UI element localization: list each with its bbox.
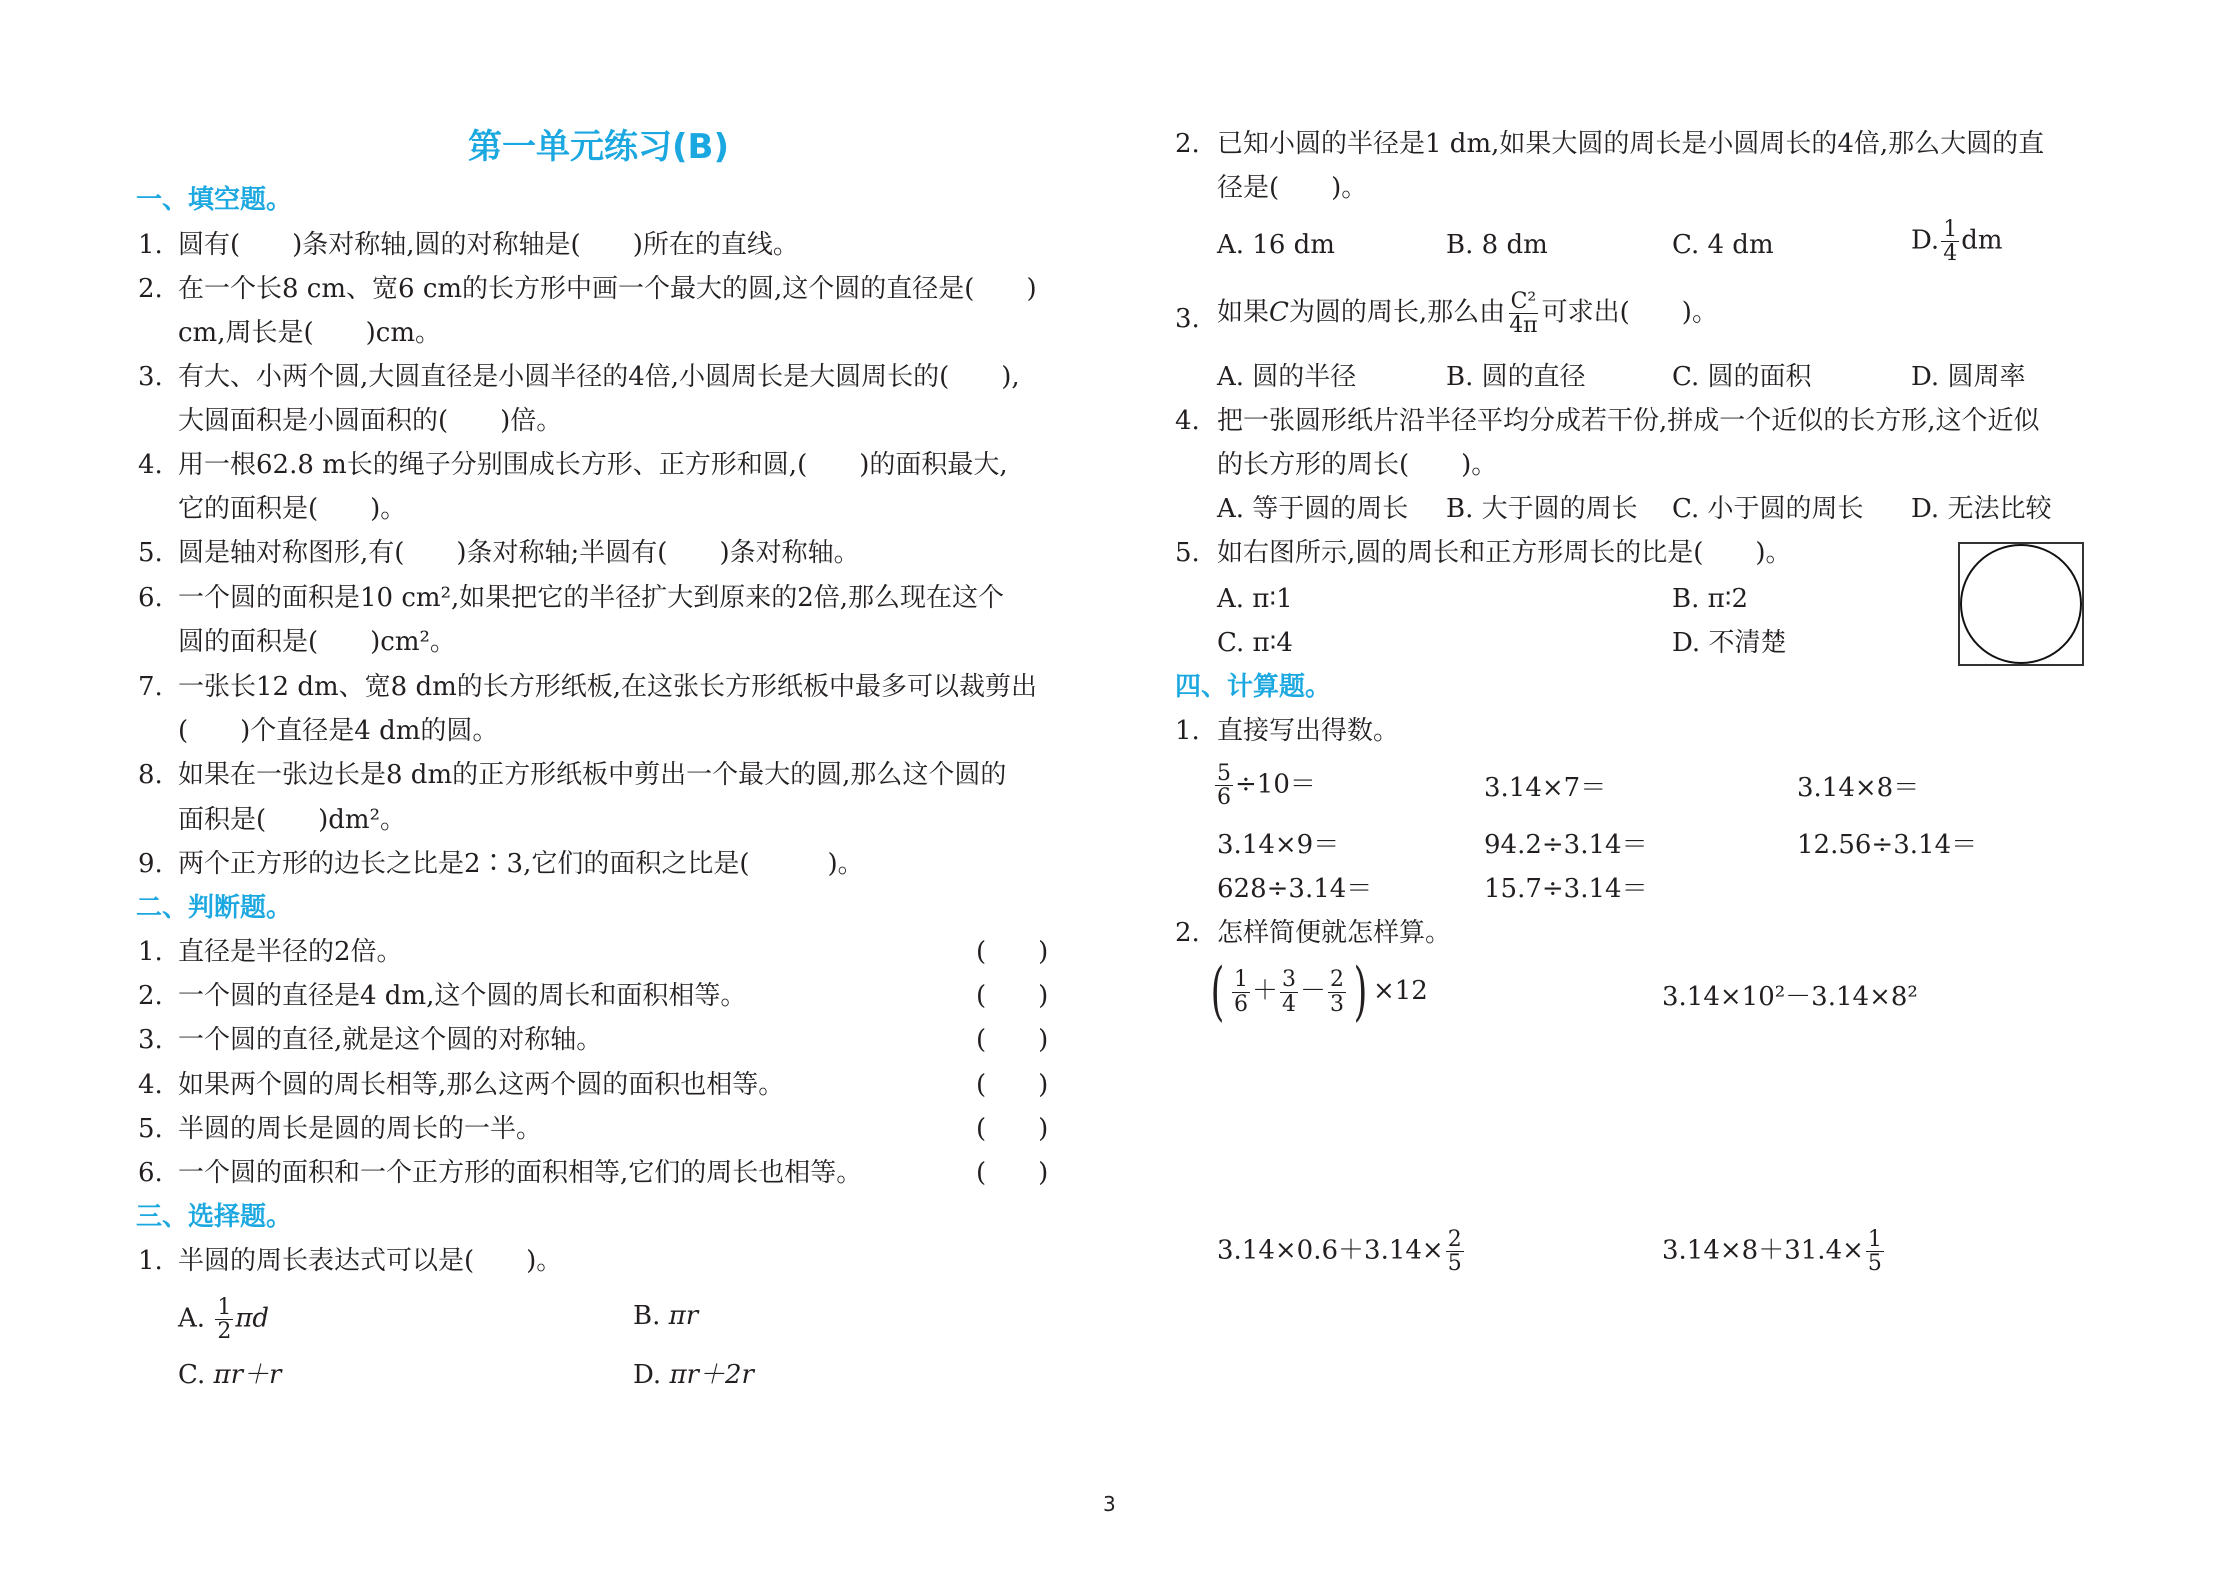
question-text: 一个圆的面积是10 cm²,如果把它的半径扩大到原来的2倍,那么现在这个 (178, 585, 1004, 611)
calc-expression-4: 3.14×8＋31.4×15 (1662, 1228, 1886, 1275)
denominator: 5 (1446, 1252, 1464, 1275)
question-text: 直径是半径的2倍。 (178, 939, 403, 965)
numerator: 2 (1446, 1228, 1464, 1252)
calc-item: 12.56÷3.14＝ (1797, 832, 1977, 858)
denominator: 6 (1215, 786, 1233, 809)
numerator: 3 (1280, 968, 1298, 992)
question-number: 2. (138, 983, 163, 1009)
calc-item: 3.14×7＝ (1484, 775, 1606, 801)
text-segment: 如果 (1217, 298, 1269, 328)
question-number: 9. (138, 851, 163, 877)
answer-blank: ( ) (976, 939, 1048, 965)
question-text: 把一张圆形纸片沿半径平均分成若干份,拼成一个近似的长方形,这个近似 (1217, 408, 2040, 434)
choice-d: D.14dm (1911, 218, 2003, 265)
numerator: 2 (1328, 968, 1346, 992)
calc-item: 628÷3.14＝ (1217, 876, 1372, 902)
answer-blank: ( ) (976, 1072, 1048, 1098)
numerator: 1 (215, 1296, 233, 1320)
question-text: ( )个直径是4 dm的圆。 (178, 718, 498, 744)
fraction: 34 (1280, 968, 1298, 1015)
calc-expression-2: 3.14×10²－3.14×8² (1662, 984, 1918, 1010)
question-number: 4. (138, 452, 163, 478)
question-number: 4. (1175, 408, 1200, 434)
question-number: 5. (138, 1116, 163, 1142)
denominator: 3 (1328, 993, 1346, 1016)
question-number: 1. (138, 1248, 163, 1274)
calc-expression-1: (16＋34－23)×12 (1205, 960, 1428, 1024)
question-number: 5. (1175, 540, 1200, 566)
fraction: 23 (1328, 968, 1346, 1015)
question-text: 它的面积是( )。 (178, 496, 406, 522)
calc-item: 15.7÷3.14＝ (1484, 876, 1648, 902)
calc-text: 3.14×8＋31.4× (1662, 1236, 1864, 1266)
denominator: 6 (1232, 993, 1250, 1016)
choice-a: A. π∶1 (1217, 586, 1293, 612)
choice-b: B. πr (633, 1303, 698, 1329)
denominator: 2 (215, 1320, 233, 1343)
numerator: 1 (1232, 968, 1250, 992)
question-number: 3. (1175, 306, 1200, 332)
question-text: 在一个长8 cm、宽6 cm的长方形中画一个最大的圆,这个圆的直径是( ) (178, 276, 1037, 302)
choice-text: πd (235, 1304, 269, 1334)
answer-blank: ( ) (976, 1116, 1048, 1142)
choice-d: D. πr＋2r (633, 1362, 754, 1388)
numerator: 1 (1941, 218, 1959, 242)
fraction: 16 (1232, 968, 1250, 1015)
question-number: 6. (138, 1160, 163, 1186)
choice-b: B. 大于圆的周长 (1446, 496, 1638, 522)
fraction: 14 (1941, 218, 1959, 265)
question-text: 两个正方形的边长之比是2∶3,它们的面积之比是( )。 (178, 851, 864, 877)
question-text: 半圆的周长是圆的周长的一半。 (178, 1116, 542, 1142)
question-number: 2. (1175, 131, 1200, 157)
variable: C (1269, 298, 1289, 328)
question-text: 如果两个圆的周长相等,那么这两个圆的面积也相等。 (178, 1072, 784, 1098)
choice-c: C. πr＋r (178, 1362, 281, 1388)
choice-d: D. 圆周率 (1911, 364, 2025, 390)
answer-blank: ( ) (976, 983, 1048, 1009)
section-heading-fill-blank: 一、填空题。 (136, 187, 292, 213)
calc-text: 3.14×0.6＋3.14× (1217, 1236, 1444, 1266)
numerator: 1 (1866, 1228, 1884, 1252)
choice-b: B. 8 dm (1446, 232, 1548, 258)
question-text: 一个圆的面积和一个正方形的面积相等,它们的周长也相等。 (178, 1160, 862, 1186)
choice-label: D. (1911, 226, 1939, 256)
operator: ＋ (1252, 976, 1278, 1006)
circle-shape (1960, 544, 2082, 664)
choice-b: B. 圆的直径 (1446, 364, 1586, 390)
question-text: 有大、小两个圆,大圆直径是小圆半径的4倍,小圆周长是大圆周长的( ), (178, 364, 1020, 390)
question-text: 一个圆的直径,就是这个圆的对称轴。 (178, 1027, 602, 1053)
question-text: 的长方形的周长( )。 (1217, 452, 1497, 478)
section-heading-true-false: 二、判断题。 (136, 895, 292, 921)
denominator: 4 (1941, 242, 1959, 265)
question-number: 3. (138, 364, 163, 390)
choice-text: dm (1961, 226, 2002, 256)
operator: － (1300, 976, 1326, 1006)
answer-blank: ( ) (976, 1027, 1048, 1053)
question-text: 面积是( )dm²。 (178, 807, 406, 833)
choice-d: D. 无法比较 (1911, 496, 2051, 522)
choice-c: C. 小于圆的周长 (1672, 496, 1864, 522)
numerator: C² (1509, 290, 1539, 314)
denominator: 4π (1507, 314, 1539, 337)
choice-text: πr＋r (214, 1360, 282, 1390)
fraction: 56 (1215, 762, 1233, 809)
calc-item: 3.14×8＝ (1797, 775, 1919, 801)
page-number: 3 (1103, 1494, 1116, 1514)
denominator: 5 (1866, 1252, 1884, 1275)
choice-b: B. π∶2 (1672, 586, 1748, 612)
question-number: 8. (138, 762, 163, 788)
calc-item: 56÷10＝ (1213, 762, 1316, 809)
question-text: 半圆的周长表达式可以是( )。 (178, 1248, 562, 1274)
left-paren: ( (1211, 960, 1225, 1024)
question-number: 4. (138, 1072, 163, 1098)
choice-a: A. 12πd (178, 1296, 269, 1343)
calc-item: 94.2÷3.14＝ (1484, 832, 1648, 858)
question-text: 一张长12 dm、宽8 dm的长方形纸板,在这张长方形纸板中最多可以裁剪出 (178, 674, 1037, 700)
question-text: 大圆面积是小圆面积的( )倍。 (178, 408, 562, 434)
choice-c: C. π∶4 (1217, 630, 1293, 656)
choice-c: C. 4 dm (1672, 232, 1774, 258)
circle-in-square-figure (1958, 542, 2084, 666)
question-number: 2. (1175, 920, 1200, 946)
choice-label: C. (178, 1360, 205, 1390)
answer-blank: ( ) (976, 1160, 1048, 1186)
choice-label: D. (633, 1360, 661, 1390)
calc-expression-3: 3.14×0.6＋3.14×25 (1217, 1228, 1466, 1275)
fraction: C²4π (1507, 290, 1539, 337)
question-text: 圆是轴对称图形,有( )条对称轴;半圆有( )条对称轴。 (178, 540, 860, 566)
text-segment: 为圆的周长,那么由 (1289, 298, 1505, 328)
fraction: 25 (1446, 1228, 1464, 1275)
denominator: 4 (1280, 993, 1298, 1016)
question-text: cm,周长是( )cm。 (178, 320, 441, 346)
right-paren: ) (1354, 960, 1368, 1024)
calc-text: ÷10＝ (1235, 770, 1316, 800)
question-text: 怎样简便就怎样算。 (1217, 920, 1451, 946)
choice-a: A. 圆的半径 (1217, 364, 1356, 390)
question-text: 径是( )。 (1217, 175, 1367, 201)
section-heading-calculation: 四、计算题。 (1175, 674, 1331, 700)
text-segment: 可求出( )。 (1542, 298, 1718, 328)
page-title: 第一单元练习(B) (468, 130, 729, 164)
question-text: 一个圆的直径是4 dm,这个圆的周长和面积相等。 (178, 983, 746, 1009)
question-number: 2. (138, 276, 163, 302)
fraction: 12 (215, 1296, 233, 1343)
calc-text: ×12 (1373, 976, 1428, 1006)
question-text: 圆有( )条对称轴,圆的对称轴是( )所在的直线。 (178, 232, 799, 258)
question-number: 6. (138, 585, 163, 611)
choice-text: πr (669, 1301, 699, 1331)
choice-text: πr＋2r (669, 1360, 754, 1390)
choice-a: A. 16 dm (1217, 232, 1335, 258)
question-number: 5. (138, 540, 163, 566)
fraction: 15 (1866, 1228, 1884, 1275)
question-text: 用一根62.8 m长的绳子分别围成长方形、正方形和圆,( )的面积最大, (178, 452, 1008, 478)
question-text: 直接写出得数。 (1217, 718, 1399, 744)
question-text: 圆的面积是( )cm²。 (178, 629, 456, 655)
question-text: 如果C为圆的周长,那么由C²4π可求出( )。 (1217, 290, 1718, 337)
choice-label: A. (178, 1304, 205, 1334)
calc-item: 3.14×9＝ (1217, 832, 1339, 858)
choice-label: B. (633, 1301, 660, 1331)
choice-c: C. 圆的面积 (1672, 364, 1812, 390)
question-number: 7. (138, 674, 163, 700)
question-number: 1. (138, 232, 163, 258)
numerator: 5 (1215, 762, 1233, 786)
section-heading-multiple-choice: 三、选择题。 (136, 1204, 292, 1230)
question-text: 如果在一张边长是8 dm的正方形纸板中剪出一个最大的圆,那么这个圆的 (178, 762, 1006, 788)
choice-a: A. 等于圆的周长 (1217, 496, 1408, 522)
question-number: 1. (138, 939, 163, 965)
choice-d: D. 不清楚 (1672, 630, 1786, 656)
question-number: 3. (138, 1027, 163, 1053)
question-text: 已知小圆的半径是1 dm,如果大圆的周长是小圆周长的4倍,那么大圆的直 (1217, 131, 2044, 157)
question-number: 1. (1175, 718, 1200, 744)
question-text: 如右图所示,圆的周长和正方形周长的比是( )。 (1217, 540, 1792, 566)
